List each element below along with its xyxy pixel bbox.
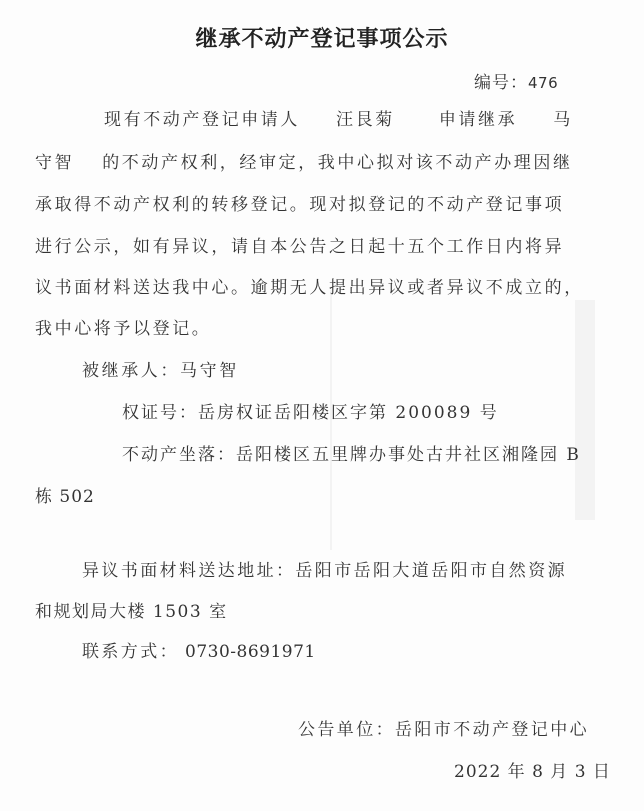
deceased-name-part2: 守智: [35, 153, 74, 173]
location-value: 岳阳楼区五里牌办事处古井社区湘隆园 B: [236, 445, 581, 465]
contact-row: 联系方式：0730-8691971: [82, 637, 316, 662]
certificate-value: 岳房权证岳阳楼区字第 200089 号: [198, 403, 499, 423]
decedent-value: 马守智: [180, 361, 239, 381]
objection-address-continued: 和规划局大楼 1503 室: [35, 597, 228, 622]
issue-date: 2022 年 8 月 3 日: [454, 757, 611, 782]
body-apply: 申请继承: [439, 110, 517, 130]
decedent-label: 被继承人：: [82, 361, 180, 381]
scan-artifact: [575, 300, 595, 520]
document-title: 继承不动产登记事项公示: [0, 22, 644, 53]
body-intro: 现有不动产登记申请人: [104, 110, 300, 130]
serial-value: 476: [528, 74, 558, 92]
deceased-name-part1: 马: [553, 110, 573, 130]
certificate-row: 权证号：岳房权证岳阳楼区字第 200089 号: [122, 398, 499, 423]
body-line-5: 议书面材料送达我中心。逾期无人提出异议或者异议不成立的，: [35, 273, 584, 298]
location-value-continued: 栋 502: [35, 482, 95, 507]
contact-label: 联系方式：: [82, 642, 179, 662]
location-label: 不动产坐落：: [122, 445, 236, 465]
certificate-label: 权证号：: [122, 403, 198, 423]
body-line-2: 守智的不动产权利，经审定，我中心拟对该不动产办理因继: [35, 148, 573, 173]
serial-number: 编号：476: [474, 68, 558, 93]
decedent-row: 被继承人：马守智: [82, 356, 239, 381]
objection-address-value: 岳阳市岳阳大道岳阳市自然资源: [295, 561, 567, 581]
body-text: 的不动产权利，经审定，我中心拟对该不动产办理因继: [102, 153, 572, 173]
serial-label: 编号：: [474, 73, 528, 93]
issuer-row: 公告单位：岳阳市不动产登记中心: [298, 715, 589, 740]
objection-address-row: 异议书面材料送达地址：岳阳市岳阳大道岳阳市自然资源: [82, 556, 567, 581]
body-line-1: 现有不动产登记申请人汪艮菊申请继承马: [104, 105, 573, 130]
body-line-6: 我中心将予以登记。: [35, 314, 211, 339]
document-page: 继承不动产登记事项公示 编号：476 现有不动产登记申请人汪艮菊申请继承马 守智…: [0, 0, 644, 811]
location-row: 不动产坐落：岳阳楼区五里牌办事处古井社区湘隆园 B: [122, 440, 581, 465]
objection-address-label: 异议书面材料送达地址：: [82, 561, 295, 581]
issuer-label: 公告单位：: [298, 720, 395, 740]
contact-phone: 0730-8691971: [185, 642, 316, 662]
issuer-value: 岳阳市不动产登记中心: [395, 720, 589, 740]
body-line-4: 进行公示，如有异议，请自本公告之日起十五个工作日内将异: [35, 232, 564, 257]
body-line-3: 承取得不动产权利的转移登记。现对拟登记的不动产登记事项: [35, 190, 564, 215]
applicant-name: 汪艮菊: [336, 110, 395, 130]
